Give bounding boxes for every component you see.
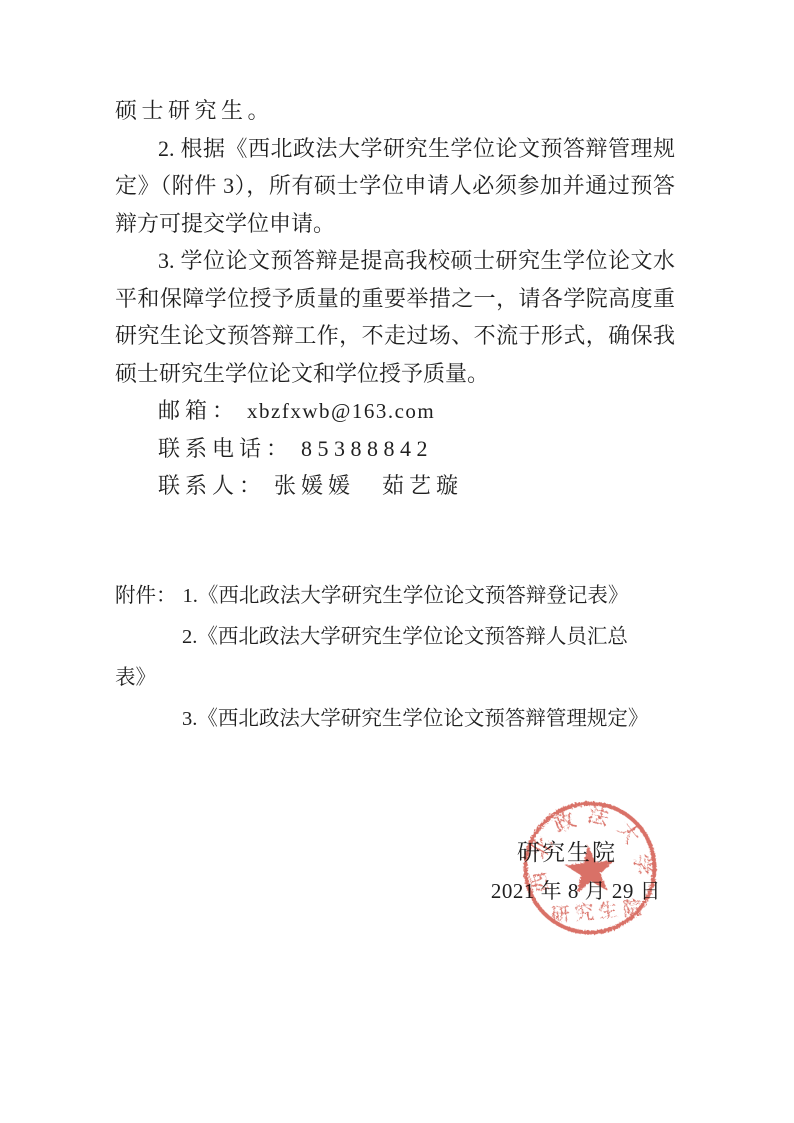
body-text: 硕士研究生。 2. 根据《西北政法大学研究生学位论文预答辩管理规 定》（附件 3…: [115, 92, 675, 505]
body-line: 定》（附件 3），所有硕士学位申请人必须参加并通过预答: [115, 167, 675, 205]
attachment-line: 表》: [115, 658, 715, 699]
contact-label: 邮箱：: [158, 398, 239, 423]
body-line: 2. 根据《西北政法大学研究生学位论文预答辩管理规: [115, 130, 675, 168]
body-line: 平和保障学位授予质量的重要举措之一，请各学院高度重视: [115, 280, 675, 318]
attachment-line: 附件：1.《西北政法大学研究生学位论文预答辩登记表》: [115, 576, 715, 617]
body-line: 硕士研究生。: [115, 92, 675, 130]
attachment-line: 2.《西北政法大学研究生学位论文预答辩人员汇总: [115, 617, 715, 658]
body-line: 硕士研究生学位论文和学位授予质量。: [115, 355, 675, 393]
contact-label: 联系人：: [158, 473, 266, 498]
body-line: 研究生论文预答辩工作，不走过场、不流于形式，确保我校: [115, 317, 675, 355]
document-page: 硕士研究生。 2. 根据《西北政法大学研究生学位论文预答辩管理规 定》（附件 3…: [0, 0, 794, 1123]
attachments-block: 附件：1.《西北政法大学研究生学位论文预答辩登记表》 2.《西北政法大学研究生学…: [115, 576, 715, 740]
contact-phone-value: 85388842: [301, 436, 433, 461]
attachment-line: 3.《西北政法大学研究生学位论文预答辩管理规定》: [115, 699, 715, 740]
seal-border: [520, 798, 660, 938]
body-line: 辩方可提交学位申请。: [115, 205, 675, 243]
contact-person-value: 张媛媛 茹艺璇: [274, 473, 463, 498]
contact-label: 联系电话：: [158, 436, 293, 461]
attachment-item: 1.《西北政法大学研究生学位论文预答辩登记表》: [183, 585, 629, 607]
contact-row-phone: 联系电话：85388842: [115, 430, 675, 468]
contact-row-person: 联系人：张媛媛 茹艺璇: [115, 467, 675, 505]
attachments-label: 附件：: [115, 585, 177, 607]
signature-office: 研究生院: [467, 834, 667, 867]
body-line: 3. 学位论文预答辩是提高我校硕士研究生学位论文水: [115, 242, 675, 280]
contact-row-email: 邮箱：xbzfxwb@163.com: [115, 392, 675, 430]
official-seal: 西北政法大学 研究生院: [498, 776, 682, 960]
signature-date: 2021 年 8 月 29 日: [466, 875, 686, 905]
contact-email-value: xbzfxwb@163.com: [247, 399, 435, 423]
